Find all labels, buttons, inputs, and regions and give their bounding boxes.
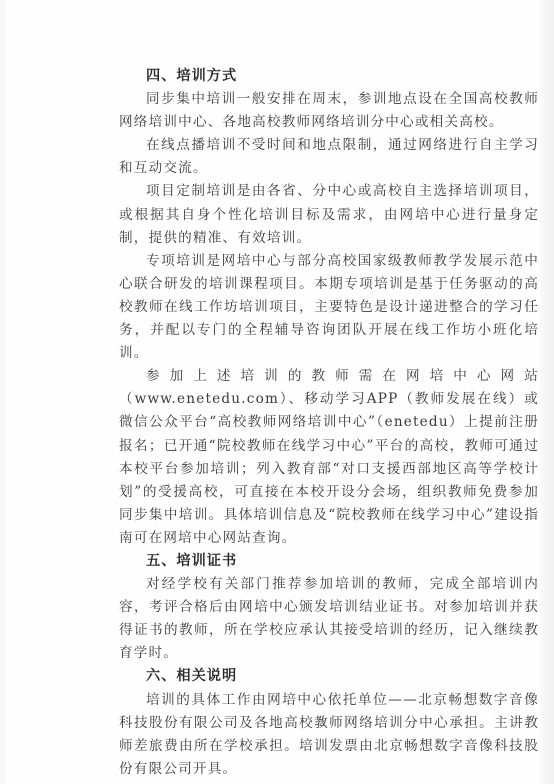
paragraph: 同步集中培训一般安排在周末，参训地点设在全国高校教师网络培训中心、各地高校教师网… [119,88,539,134]
document-page: 四、培训方式 同步集中培训一般安排在周末，参训地点设在全国高校教师网络培训中心、… [0,0,554,784]
section-training-methods: 四、培训方式 同步集中培训一般安排在周末，参训地点设在全国高校教师网络培训中心、… [119,65,539,550]
page-number: 2 [319,719,325,729]
paragraph: 在线点播培训不受时间和地点限制，通过网络进行自主学习和互动交流。 [119,134,539,180]
paragraph: 参加上述培训的教师需在网培中心网站（www.enetedu.com）、移动学习A… [119,365,539,550]
paragraph: 培训的具体工作由网培中心依托单位——北京畅想数字音像科技股份有限公司及各地高校教… [119,689,539,781]
paragraph: 专项培训是网培中心与部分高校国家级教师教学发展示范中心联合研发的培训课程项目。本… [119,250,539,365]
section-heading: 六、相关说明 [119,665,539,688]
scan-edge-right [540,0,554,784]
section-heading: 四、培训方式 [119,65,539,88]
section-heading: 五、培训证书 [119,550,539,573]
document-body: 四、培训方式 同步集中培训一般安排在周末，参训地点设在全国高校教师网络培训中心、… [119,65,539,781]
scan-edge-left [0,0,6,784]
paragraph: 对经学校有关部门推荐参加培训的教师，完成全部培训内容，考评合格后由网培中心颁发培… [119,573,539,665]
paragraph: 项目定制培训是由各省、分中心或高校自主选择培训项目，或根据其自身个性化培训目标及… [119,180,539,249]
section-related-notes: 六、相关说明 培训的具体工作由网培中心依托单位——北京畅想数字音像科技股份有限公… [119,665,539,780]
section-training-certificate: 五、培训证书 对经学校有关部门推荐参加培训的教师，完成全部培训内容，考评合格后由… [119,550,539,665]
